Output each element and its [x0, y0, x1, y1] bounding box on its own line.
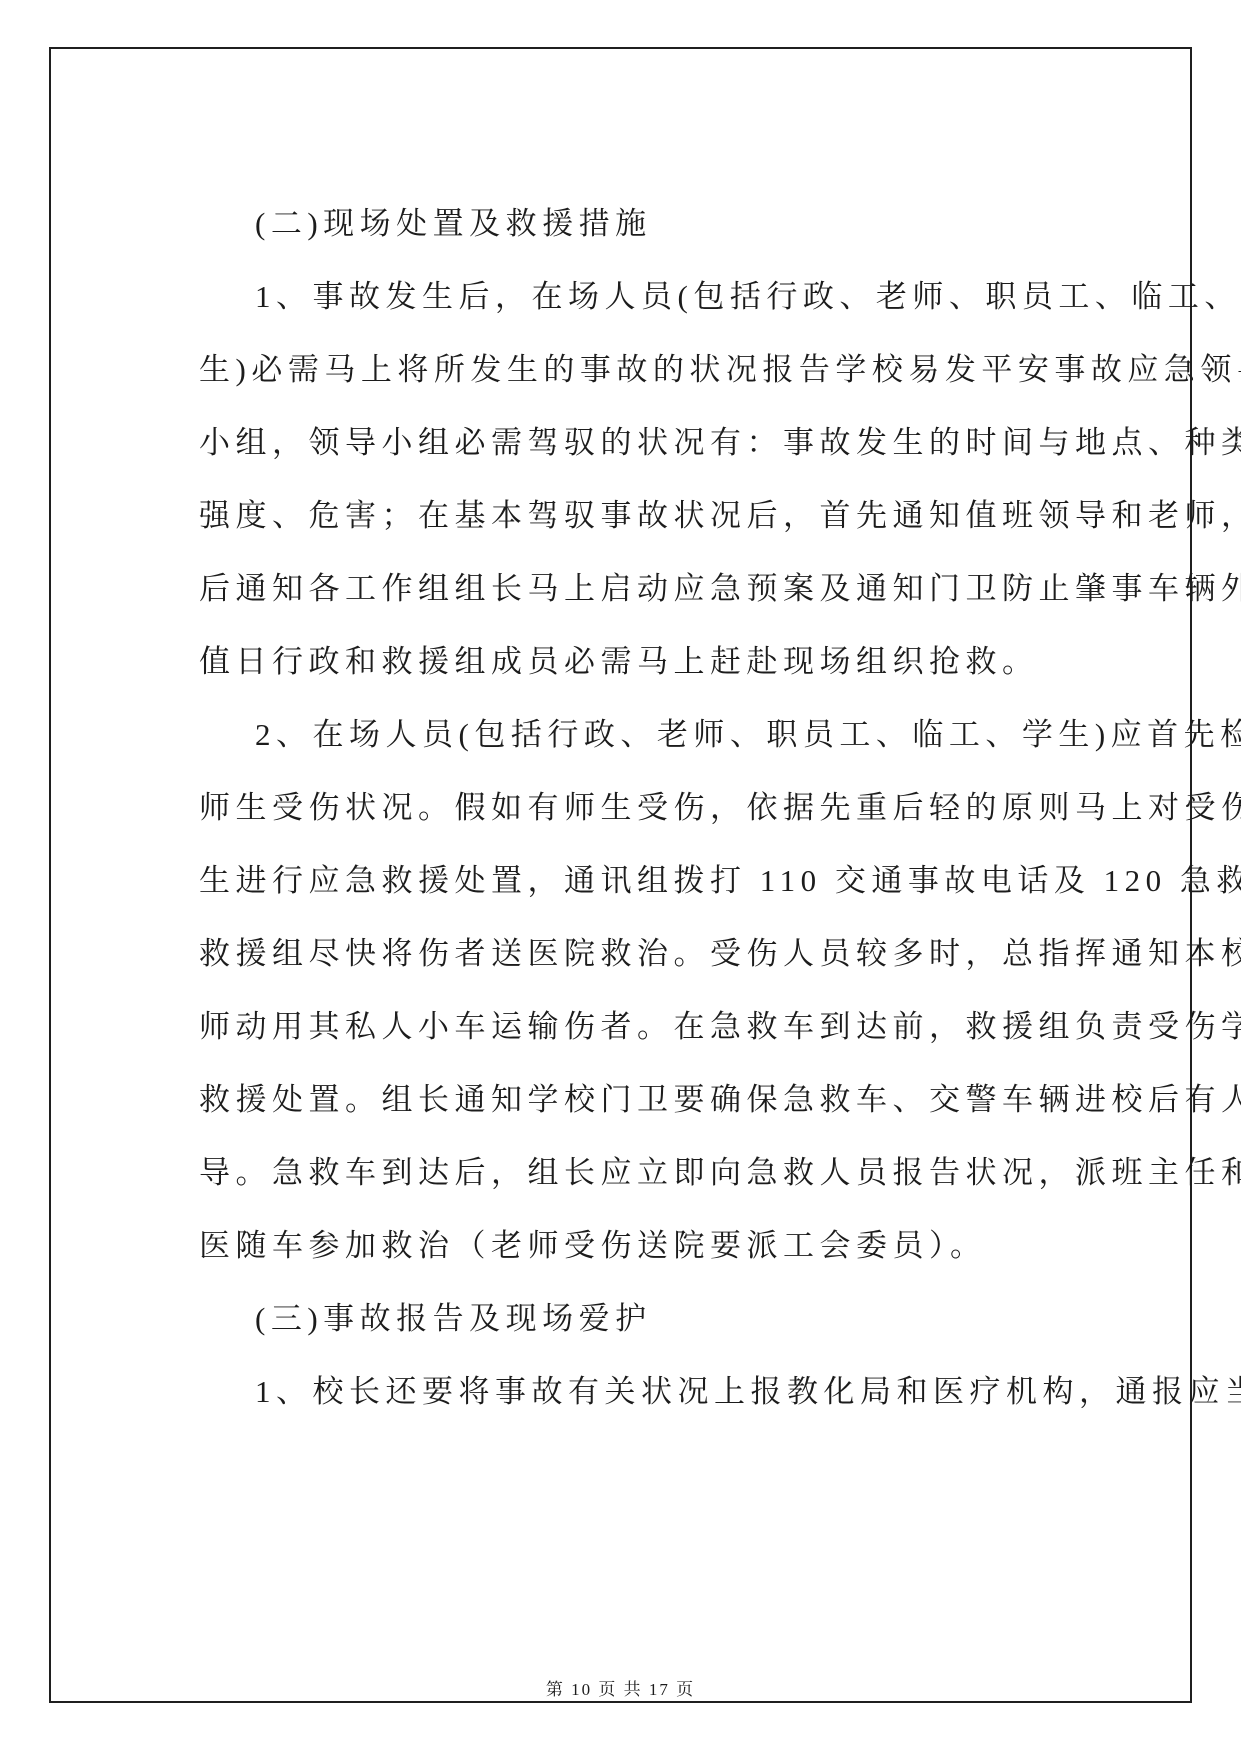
text-line: 师生受伤状况。假如有师生受伤，依据先重后轻的原则马上对受伤师 — [199, 771, 1154, 844]
page-footer: 第 10 页 共 17 页 — [51, 1675, 1190, 1700]
text-line: 生进行应急救援处置，通讯组拨打 110 交通事故电话及 120 急救电话。 — [199, 844, 1154, 917]
text-line: 1、校长还要将事故有关状况上报教化局和医疗机构，通报应当包 — [199, 1355, 1154, 1428]
text-line: 强度、危害；在基本驾驭事故状况后，首先通知值班领导和老师，然 — [199, 479, 1154, 552]
text-line: 救援处置。组长通知学校门卫要确保急救车、交警车辆进校后有人引 — [199, 1063, 1154, 1136]
text-line: 值日行政和救援组成员必需马上赶赴现场组织抢救。 — [199, 625, 1154, 698]
text-line: 生)必需马上将所发生的事故的状况报告学校易发平安事故应急领导 — [199, 333, 1154, 406]
text-line: 1、事故发生后，在场人员(包括行政、老师、职员工、临工、学 — [199, 260, 1154, 333]
text-line: 医随车参加救治（老师受伤送院要派工会委员）。 — [199, 1209, 1154, 1282]
text-line: 小组，领导小组必需驾驭的状况有：事故发生的时间与地点、种类、 — [199, 406, 1154, 479]
text-line: (三)事故报告及现场爱护 — [199, 1282, 1154, 1355]
document-body: (二)现场处置及救援措施1、事故发生后，在场人员(包括行政、老师、职员工、临工、… — [199, 187, 1154, 1428]
text-line: 师动用其私人小车运输伤者。在急救车到达前，救援组负责受伤学生 — [199, 990, 1154, 1063]
text-line: 后通知各工作组组长马上启动应急预案及通知门卫防止肇事车辆外逃。 — [199, 552, 1154, 625]
document-page: { "page": { "background": "#ffffff", "bo… — [0, 0, 1241, 1754]
text-line: 2、在场人员(包括行政、老师、职员工、临工、学生)应首先检查 — [199, 698, 1154, 771]
text-line: (二)现场处置及救援措施 — [199, 187, 1154, 260]
text-line: 导。急救车到达后，组长应立即向急救人员报告状况，派班主任和校 — [199, 1136, 1154, 1209]
page-border-frame: (二)现场处置及救援措施1、事故发生后，在场人员(包括行政、老师、职员工、临工、… — [49, 47, 1192, 1703]
text-line: 救援组尽快将伤者送医院救治。受伤人员较多时，总指挥通知本校老 — [199, 917, 1154, 990]
